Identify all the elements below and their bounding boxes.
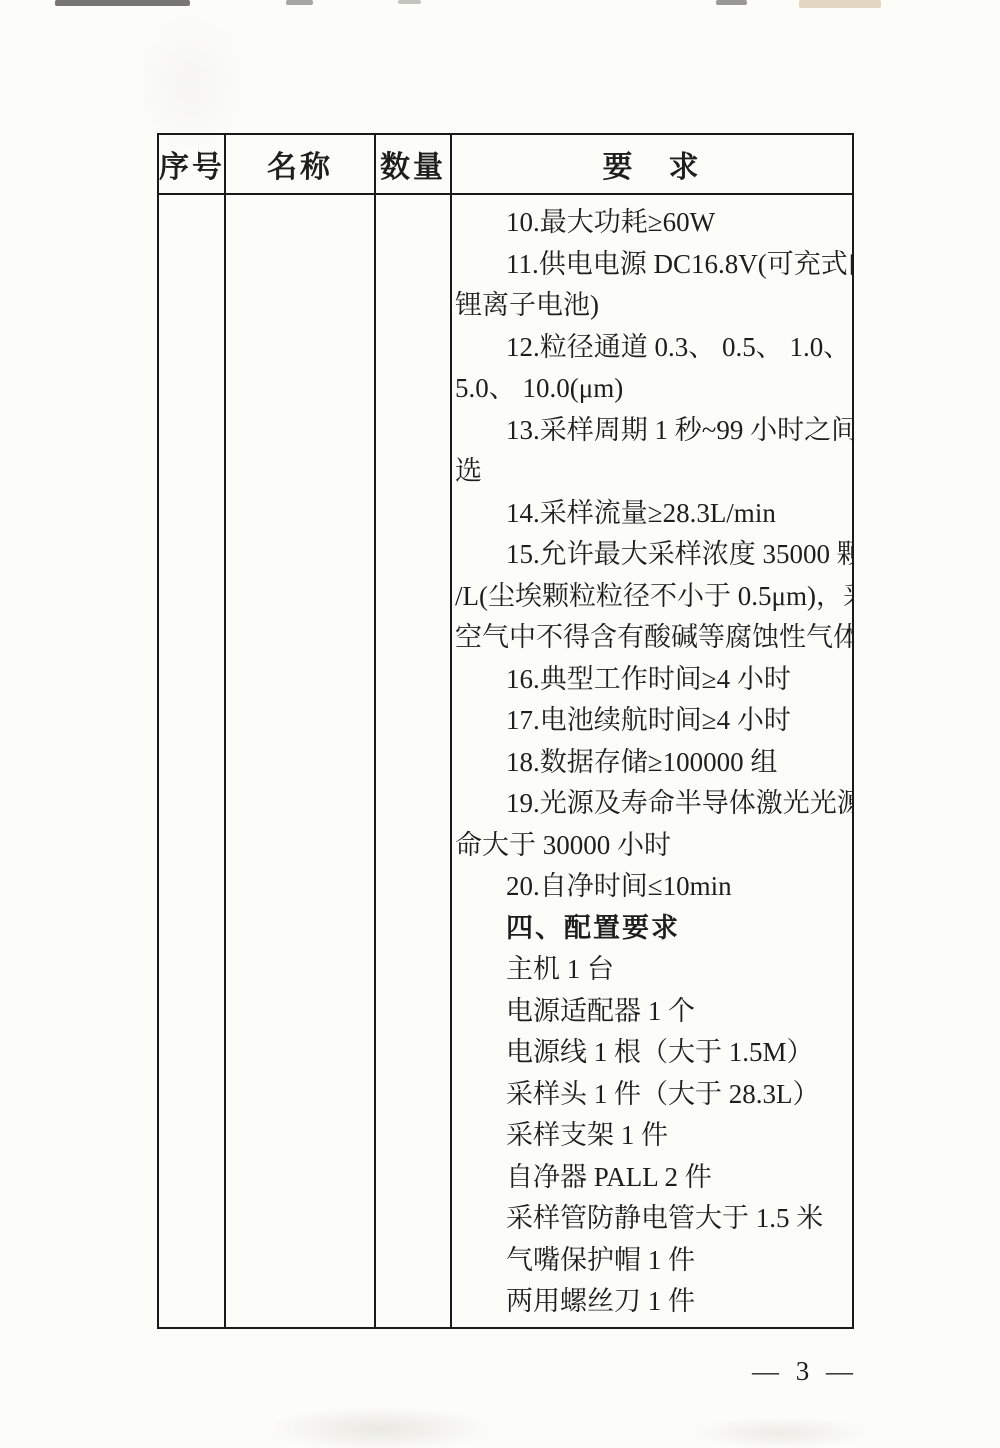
requirement-line: 锂离子电池) xyxy=(452,285,852,327)
requirement-line: 14.采样流量≥28.3L/min xyxy=(452,493,852,535)
serial-cell-empty xyxy=(158,194,225,1328)
requirement-line: 电源线 1 根（大于 1.5M） xyxy=(452,1032,852,1074)
scan-artifact-top xyxy=(398,0,421,4)
scan-smudge xyxy=(265,1406,495,1448)
requirement-line: 命大于 30000 小时 xyxy=(452,825,852,867)
column-header-quantity: 数量 xyxy=(375,134,451,194)
requirement-line: 11.供电电源 DC16.8V(可充式内置 xyxy=(452,244,852,286)
requirement-line: 采样管防静电管大于 1.5 米 xyxy=(452,1198,852,1240)
page-number: — 3 — xyxy=(752,1356,858,1387)
requirement-line: 自净器 PALL 2 件 xyxy=(452,1157,852,1199)
requirement-line: 5.0、 10.0(μm) xyxy=(452,368,852,410)
requirement-line: 气嘴保护帽 1 件 xyxy=(452,1240,852,1282)
specification-table: 序号 名称 数量 要 求 10.最大功耗≥60W11.供电电源 DC16.8V(… xyxy=(157,133,854,1329)
requirement-line: 13.采样周期 1 秒~99 小时之间任 xyxy=(452,410,852,452)
requirement-line: /L(尘埃颗粒粒径不小于 0.5μm)，采样 xyxy=(452,576,852,618)
column-header-name: 名称 xyxy=(225,134,375,194)
table-header-row: 序号 名称 数量 要 求 xyxy=(158,134,853,194)
quantity-cell-empty xyxy=(375,194,451,1328)
requirements-cell: 10.最大功耗≥60W11.供电电源 DC16.8V(可充式内置锂离子电池)12… xyxy=(451,194,853,1328)
requirement-line: 10.最大功耗≥60W xyxy=(452,202,852,244)
requirement-line: 18.数据存储≥100000 组 xyxy=(452,742,852,784)
scan-artifact-top xyxy=(716,0,747,5)
column-header-requirements: 要 求 xyxy=(451,134,853,194)
name-cell-empty xyxy=(225,194,375,1328)
requirement-section-heading: 四、配置要求 xyxy=(452,908,852,950)
requirement-line: 采样头 1 件（大于 28.3L） xyxy=(452,1074,852,1116)
requirements-list: 10.最大功耗≥60W11.供电电源 DC16.8V(可充式内置锂离子电池)12… xyxy=(452,202,852,1323)
requirement-line: 19.光源及寿命半导体激光光源、寿 xyxy=(452,783,852,825)
requirement-line: 12.粒径通道 0.3、 0.5、 1.0、 3.0、 xyxy=(452,327,852,369)
scan-artifact-top xyxy=(55,0,190,6)
column-header-serial: 序号 xyxy=(158,134,225,194)
requirement-line: 16.典型工作时间≥4 小时 xyxy=(452,659,852,701)
requirement-line: 15.允许最大采样浓度 35000 颗 xyxy=(452,534,852,576)
requirement-line: 17.电池续航时间≥4 小时 xyxy=(452,700,852,742)
scan-artifact-top xyxy=(286,0,313,5)
scanned-document-page: 序号 名称 数量 要 求 10.最大功耗≥60W11.供电电源 DC16.8V(… xyxy=(0,0,1000,1448)
requirement-line: 采样支架 1 件 xyxy=(452,1115,852,1157)
requirement-line: 两用螺丝刀 1 件 xyxy=(452,1281,852,1323)
table-body-row: 10.最大功耗≥60W11.供电电源 DC16.8V(可充式内置锂离子电池)12… xyxy=(158,194,853,1328)
requirement-line: 20.自净时间≤10min xyxy=(452,866,852,908)
requirement-line: 主机 1 台 xyxy=(452,949,852,991)
requirement-line: 空气中不得含有酸碱等腐蚀性气体 xyxy=(452,617,852,659)
scan-artifact-top xyxy=(799,0,881,8)
scan-smudge xyxy=(690,1416,870,1448)
requirement-line: 电源适配器 1 个 xyxy=(452,991,852,1033)
requirement-line: 选 xyxy=(452,451,852,493)
